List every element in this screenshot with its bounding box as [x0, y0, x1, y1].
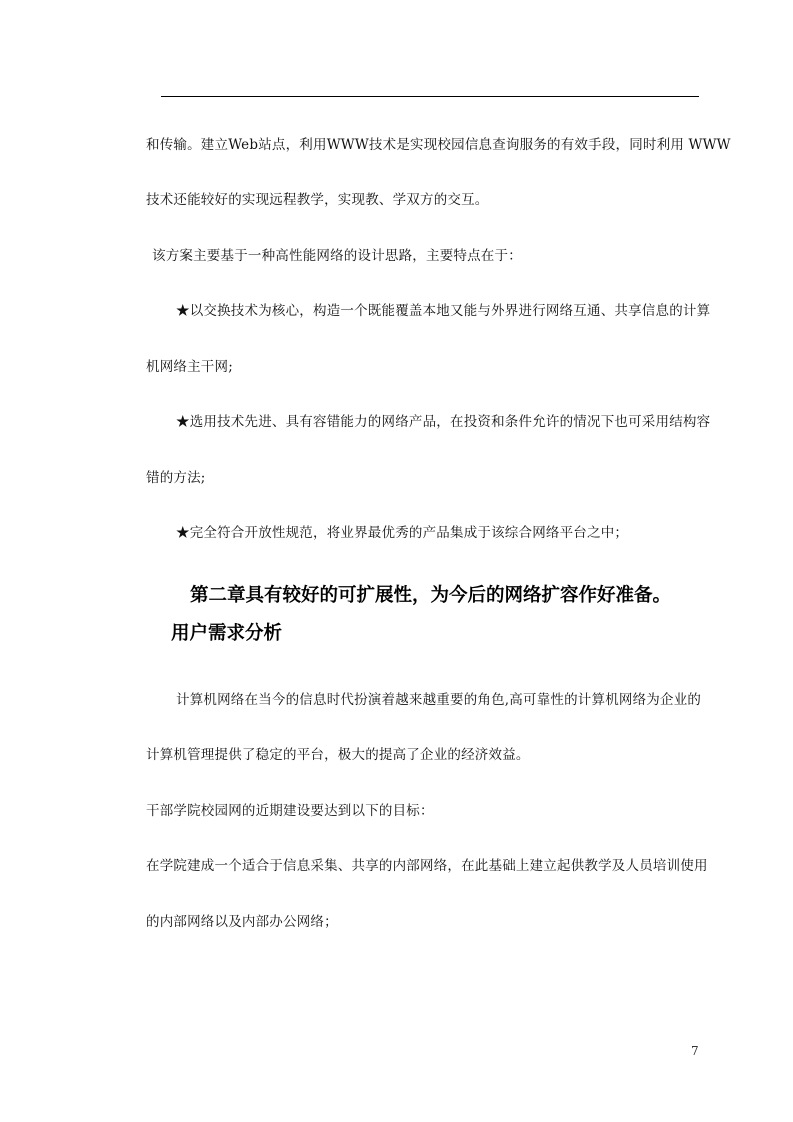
bullet-text-line: ★选用技术先进、具有容错能力的网络产品，在投资和条件允许的情况下也可采用结构容	[176, 414, 710, 430]
body-text-line: 该方案主要基于一种高性能网络的设计思路，主要特点在于：	[152, 248, 522, 264]
body-text-line: 技术还能较好的实现远程教学，实现教、学双方的交互。	[146, 192, 489, 208]
body-text-line: 的内部网络以及内部办公网络；	[146, 914, 338, 930]
body-text-line: 在学院建成一个适合于信息采集、共享的内部网络，在此基础上建立起供教学及人员培训使…	[146, 858, 708, 874]
body-text-line: 干部学院校园网的近期建设要达到以下的目标：	[146, 803, 434, 819]
section-heading: 用户需求分析	[171, 623, 282, 645]
header-rule	[161, 96, 699, 97]
body-text-line: 错的方法;	[146, 470, 206, 486]
body-text-line: 计算机管理提供了稳定的平台，极大的提高了企业的经济效益。	[146, 747, 530, 763]
body-text-line: 计算机网络在当今的信息时代扮演着越来越重要的角色,高可靠性的计算机网络为企业的	[176, 692, 701, 708]
bullet-text-line: ★以交换技术为核心，构造一个既能覆盖本地又能与外界进行网络互通、共享信息的计算	[176, 303, 710, 319]
bullet-text-line: ★完全符合开放性规范，将业界最优秀的产品集成于该综合网络平台之中；	[176, 525, 628, 541]
body-text-line: 和传输。建立Web站点，利用WWW技术是实现校园信息查询服务的有效手段，同时利用…	[146, 137, 731, 153]
chapter-heading: 第二章具有较好的可扩展性，为今后的网络扩容作好准备。	[190, 585, 671, 607]
body-text-line: 机网络主干网;	[146, 359, 233, 375]
page-number: 7	[691, 1044, 699, 1058]
